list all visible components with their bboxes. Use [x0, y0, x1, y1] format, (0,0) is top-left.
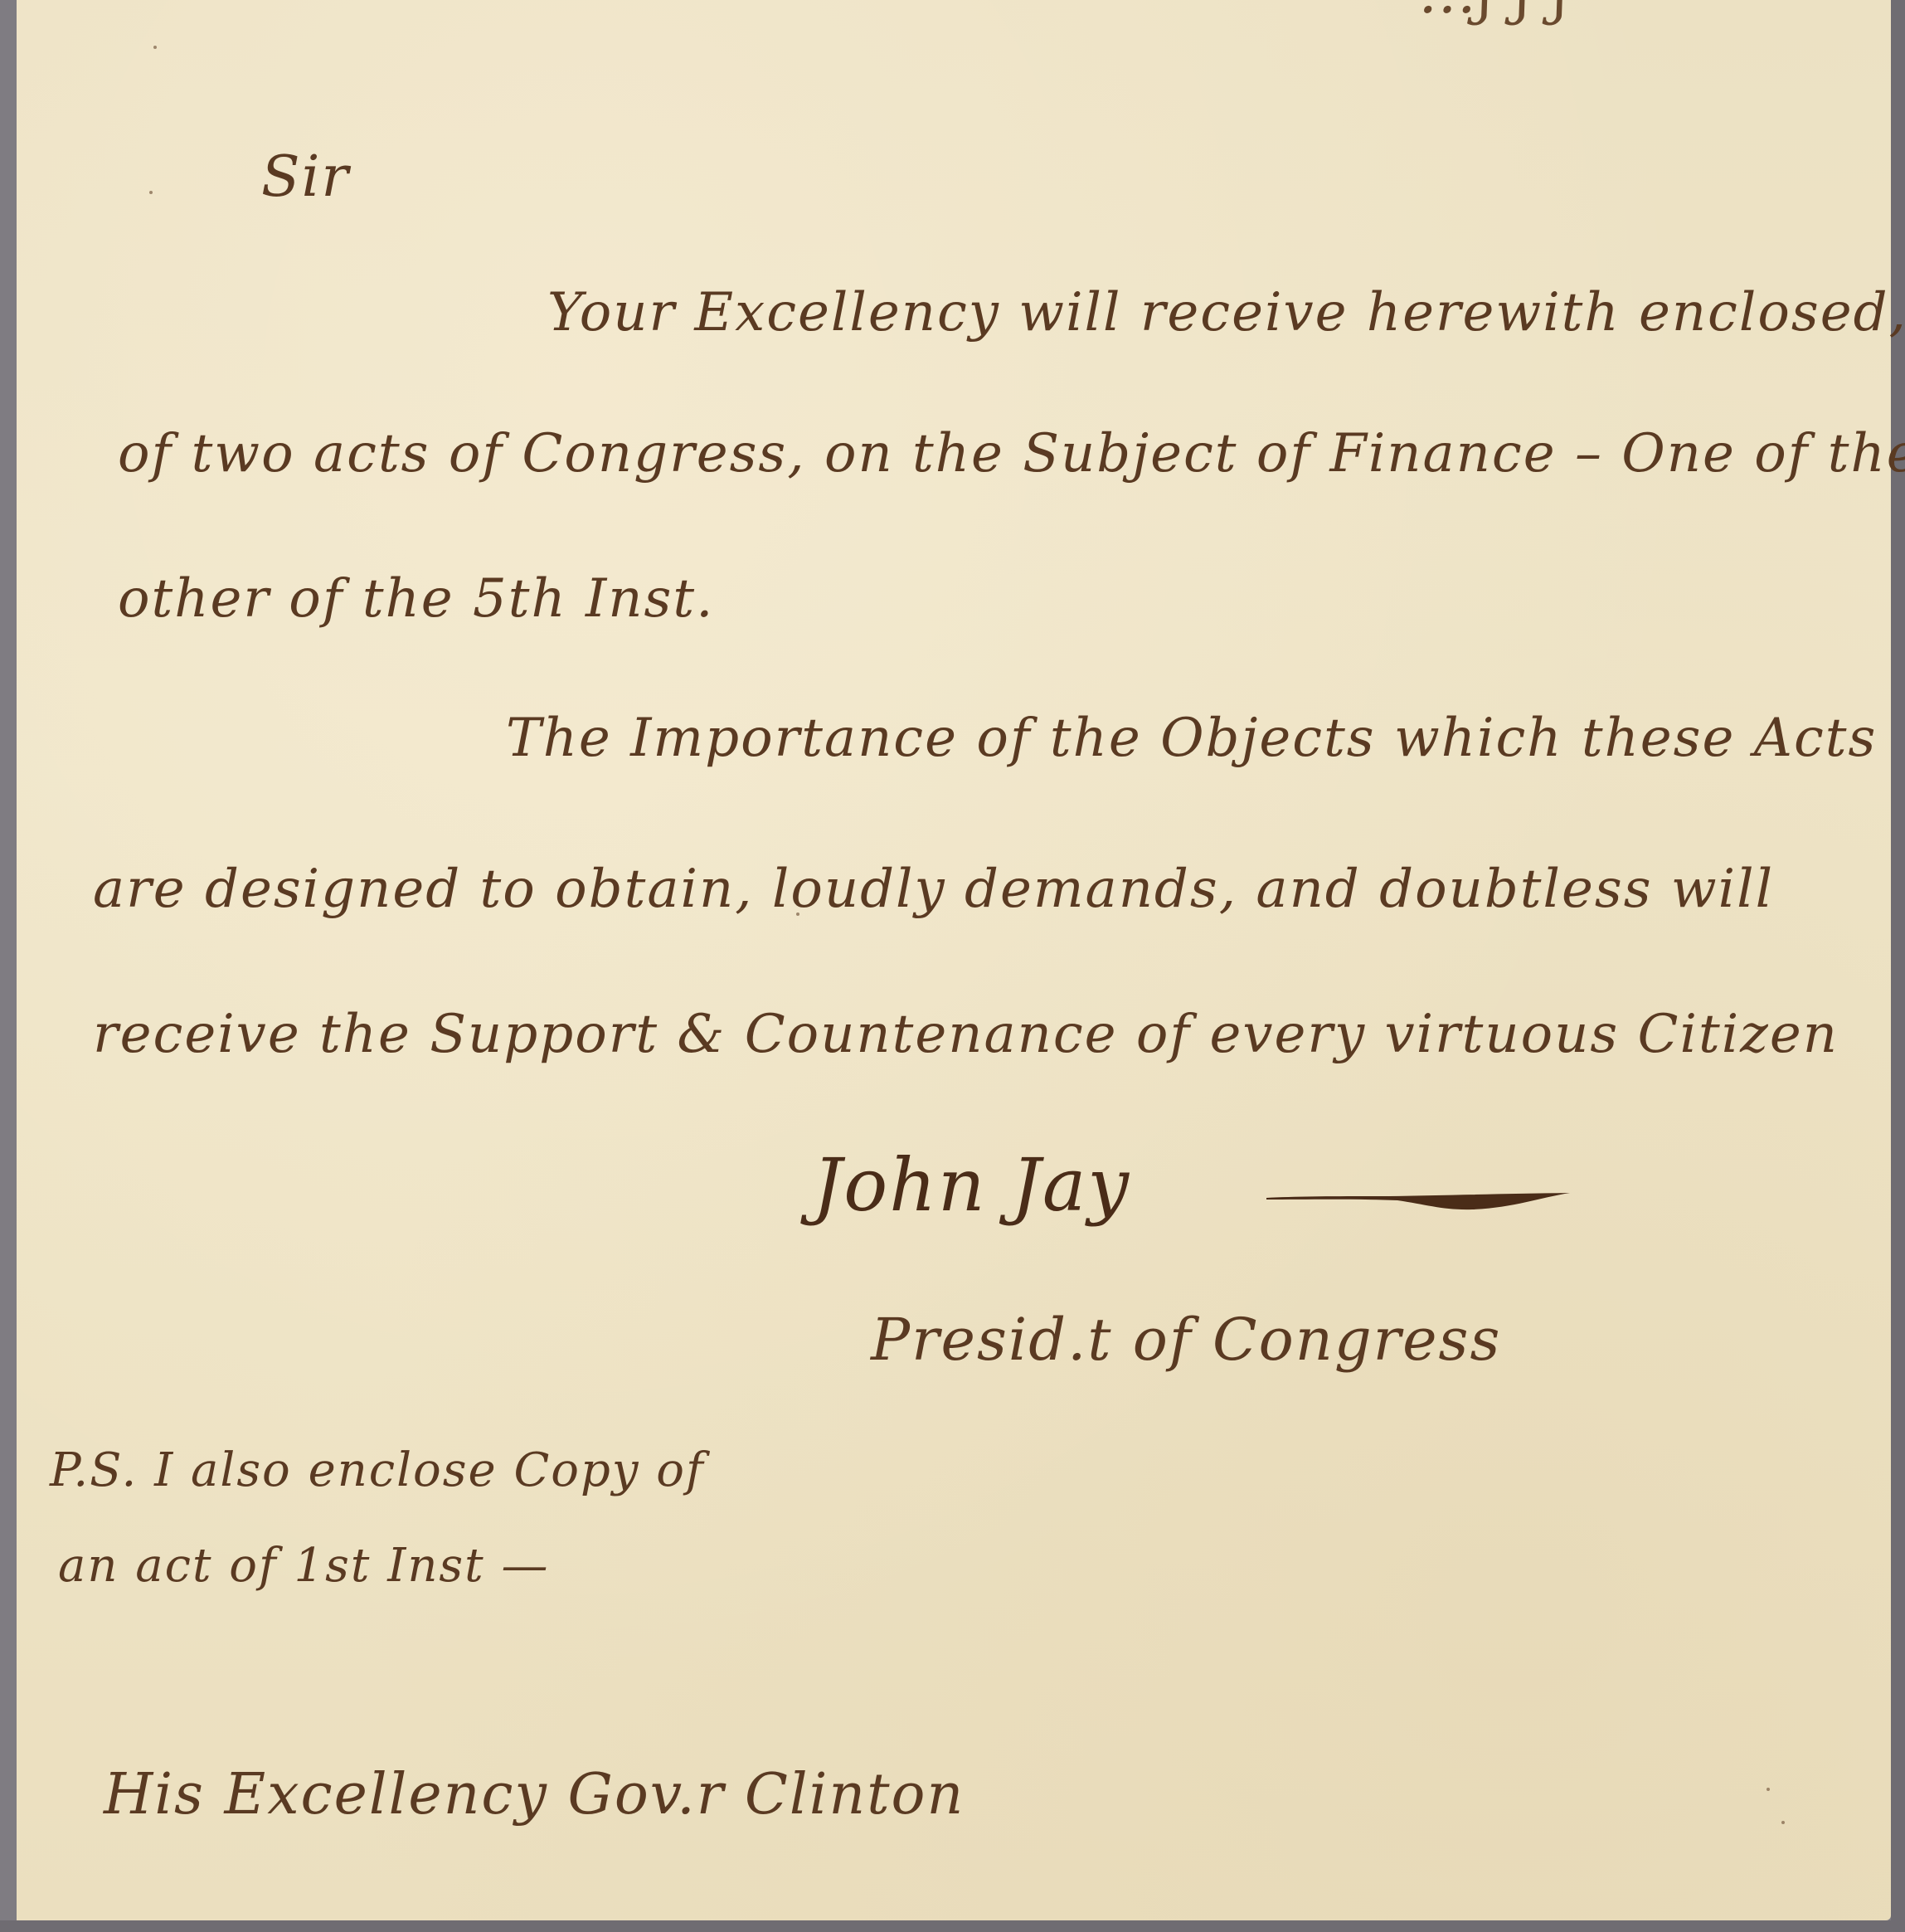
signature-flourish-icon: [1265, 1186, 1572, 1211]
addressee: His Excellency Gov.r Clinton: [104, 1767, 965, 1823]
paper-speck: [1766, 1788, 1770, 1791]
body-line-2: of two acts of Congress, on the Subject …: [118, 427, 1905, 480]
dateline-fragment: …ʃ ʃ ʃ: [1418, 0, 1571, 22]
body-line-3: other of the 5th Inst.: [118, 572, 714, 625]
postscript-line-1: P.S. I also enclose Copy of: [50, 1448, 705, 1494]
signature-title: Presid.t of Congress: [871, 1311, 1501, 1369]
scan-mat-left-border: [0, 0, 17, 1932]
salutation: Sir: [261, 149, 350, 206]
body-line-1: Your Excellency will receive herewith en…: [547, 286, 1905, 339]
paper-speck: [153, 46, 157, 49]
body-line-4: The Importance of the Objects which thes…: [506, 712, 1877, 765]
manuscript-page: …ʃ ʃ ʃ Sir Your Excellency will receive …: [17, 0, 1891, 1920]
scan-mat-bottom-border: [0, 1920, 1905, 1932]
paper-speck: [796, 912, 799, 916]
body-line-6: receive the Support & Countenance of eve…: [93, 1008, 1839, 1061]
signature-name: John Jay: [813, 1149, 1130, 1222]
paper-speck: [1781, 1821, 1785, 1824]
body-line-5: are designed to obtain, loudly demands, …: [93, 863, 1774, 916]
postscript-line-2: an act of 1st Inst —: [58, 1543, 549, 1589]
paper-speck: [149, 191, 153, 194]
